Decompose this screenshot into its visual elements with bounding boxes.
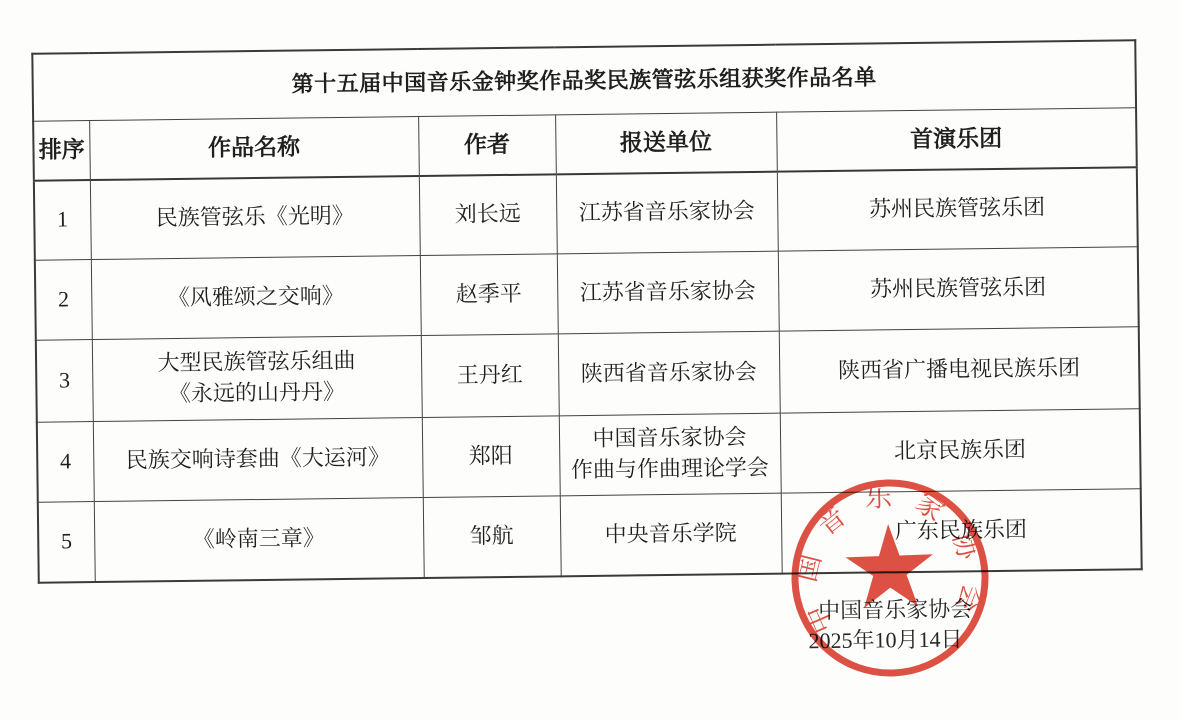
table-row: 2 《风雅颂之交响》 赵季平 江苏省音乐家协会 苏州民族管弦乐团 <box>35 246 1139 339</box>
composer-cell: 邹航 <box>423 495 561 578</box>
header-rank: 排序 <box>33 121 90 181</box>
submitter-cell: 江苏省音乐家协会 <box>557 251 779 334</box>
orchestra-cell: 苏州民族管弦乐团 <box>778 246 1139 330</box>
rank-cell: 3 <box>36 339 93 422</box>
signature-org: 中国音乐家协会 <box>808 592 1141 626</box>
header-orchestra: 首演乐团 <box>776 108 1137 172</box>
work-cell: 《风雅颂之交响》 <box>91 255 421 339</box>
composer-cell: 赵季平 <box>420 253 558 335</box>
header-work: 作品名称 <box>89 117 419 181</box>
submitter-cell: 江苏省音乐家协会 <box>556 172 778 254</box>
award-table: 第十五届中国音乐金钟奖作品奖民族管弦乐组获奖作品名单 排序 作品名称 作者 报送… <box>31 39 1142 583</box>
table-row: 5 《岭南三章》 邹航 中央音乐学院 广东民族乐团 <box>38 488 1142 582</box>
rank-cell: 4 <box>37 421 94 502</box>
orchestra-cell: 广东民族乐团 <box>781 488 1142 573</box>
work-cell: 民族交响诗套曲《大运河》 <box>93 417 423 501</box>
table-row: 4 民族交响诗套曲《大运河》 郑阳 中国音乐家协会 作曲与作曲理论学会 北京民族… <box>37 408 1141 501</box>
work-cell: 大型民族管弦乐组曲 《永远的山丹丹》 <box>92 335 422 421</box>
document-body: 第十五届中国音乐金钟奖作品奖民族管弦乐组获奖作品名单 排序 作品名称 作者 报送… <box>31 39 1141 665</box>
submitter-cell: 中国音乐家协会 作曲与作曲理论学会 <box>559 413 781 496</box>
rank-cell: 1 <box>34 180 91 260</box>
submitter-cell: 陕西省音乐家协会 <box>558 331 780 416</box>
signature-block: 中国音乐家协会 2025年10月14日 <box>808 592 1142 655</box>
signature-date: 2025年10月14日 <box>808 622 1141 656</box>
header-submitter: 报送单位 <box>555 112 777 174</box>
work-cell: 民族管弦乐《光明》 <box>90 176 420 259</box>
work-cell: 《岭南三章》 <box>94 497 424 582</box>
header-composer: 作者 <box>418 115 556 176</box>
rank-cell: 2 <box>35 259 92 340</box>
orchestra-cell: 陕西省广播电视民族乐团 <box>779 326 1140 412</box>
orchestra-cell: 北京民族乐团 <box>780 408 1141 492</box>
composer-cell: 王丹红 <box>421 333 559 417</box>
table-row: 1 民族管弦乐《光明》 刘长远 江苏省音乐家协会 苏州民族管弦乐团 <box>34 167 1138 259</box>
scanned-document-page: 第十五届中国音乐金钟奖作品奖民族管弦乐组获奖作品名单 排序 作品名称 作者 报送… <box>0 0 1180 720</box>
composer-cell: 郑阳 <box>422 415 560 497</box>
submitter-cell: 中央音乐学院 <box>560 493 782 577</box>
composer-cell: 刘长远 <box>419 174 557 255</box>
rank-cell: 5 <box>38 501 95 583</box>
table-row: 3 大型民族管弦乐组曲 《永远的山丹丹》 王丹红 陕西省音乐家协会 陕西省广播电… <box>36 326 1140 421</box>
orchestra-cell: 苏州民族管弦乐团 <box>777 167 1138 250</box>
